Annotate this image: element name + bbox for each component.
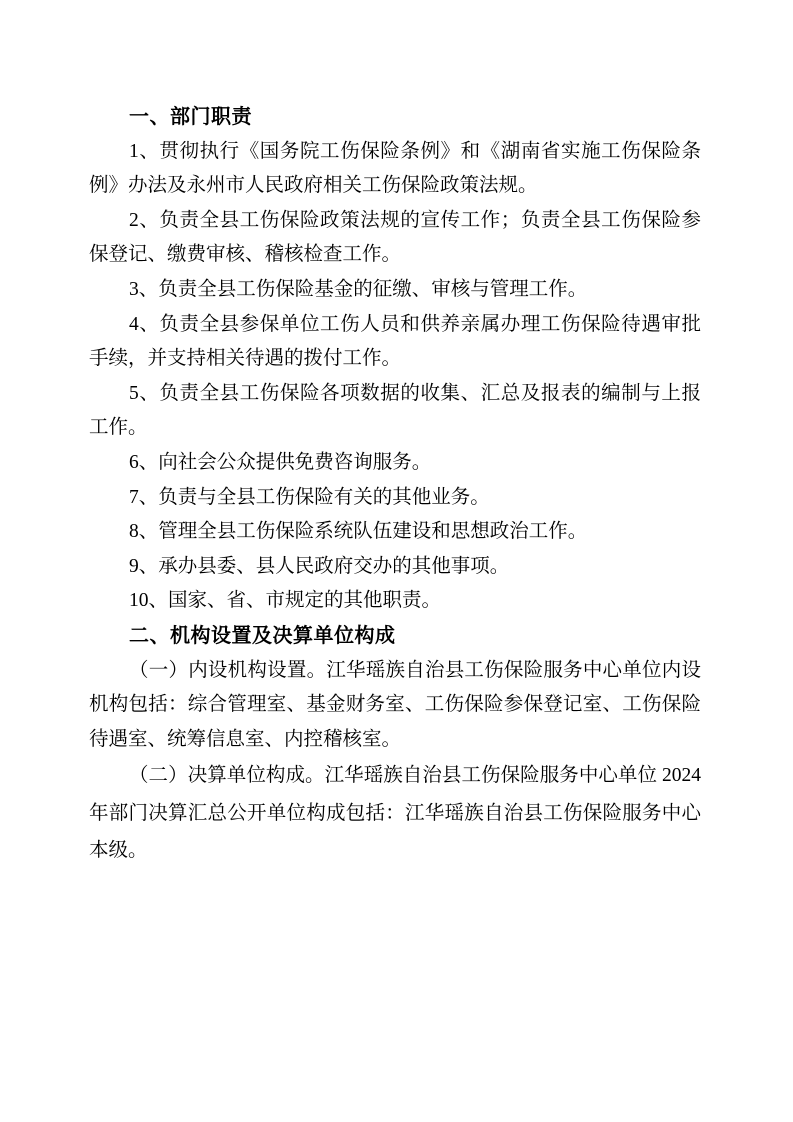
duties-paragraph-3: 3、负责全县工伤保险基金的征缴、审核与管理工作。 (89, 273, 701, 308)
duties-paragraph-9: 9、承办县委、县人民政府交办的其他事项。 (89, 550, 701, 585)
duties-paragraph-7: 7、负责与全县工伤保险有关的其他业务。 (89, 481, 701, 516)
document-page: 一、部门职责 1、贯彻执行《国务院工伤保险条例》和《湖南省实施工伤保险条例》办法… (0, 0, 793, 1122)
duties-paragraph-6: 6、向社会公众提供免费咨询服务。 (89, 446, 701, 481)
duties-paragraph-2: 2、负责全县工伤保险政策法规的宣传工作；负责全县工伤保险参保登记、缴费审核、稽核… (89, 204, 701, 273)
org-final-accounts-unit-paragraph: （二）决算单位构成。江华瑶族自治县工伤保险服务中心单位 2024 年部门决算汇总… (89, 757, 701, 870)
section-org-structure-heading: 二、机构设置及决算单位构成 (89, 619, 701, 654)
section-duties-heading: 一、部门职责 (89, 100, 701, 135)
duties-paragraph-4: 4、负责全县参保单位工伤人员和供养亲属办理工伤保险待遇审批手续，并支持相关待遇的… (89, 308, 701, 377)
duties-paragraph-10: 10、国家、省、市规定的其他职责。 (89, 584, 701, 619)
duties-paragraph-8: 8、管理全县工伤保险系统队伍建设和思想政治工作。 (89, 515, 701, 550)
duties-paragraph-1: 1、贯彻执行《国务院工伤保险条例》和《湖南省实施工伤保险条例》办法及永州市人民政… (89, 135, 701, 204)
org-internal-setup-paragraph: （一）内设机构设置。江华瑶族自治县工伤保险服务中心单位内设机构包括：综合管理室、… (89, 654, 701, 758)
duties-paragraph-5: 5、负责全县工伤保险各项数据的收集、汇总及报表的编制与上报工作。 (89, 377, 701, 446)
document-content: 一、部门职责 1、贯彻执行《国务院工伤保险条例》和《湖南省实施工伤保险条例》办法… (89, 100, 701, 870)
